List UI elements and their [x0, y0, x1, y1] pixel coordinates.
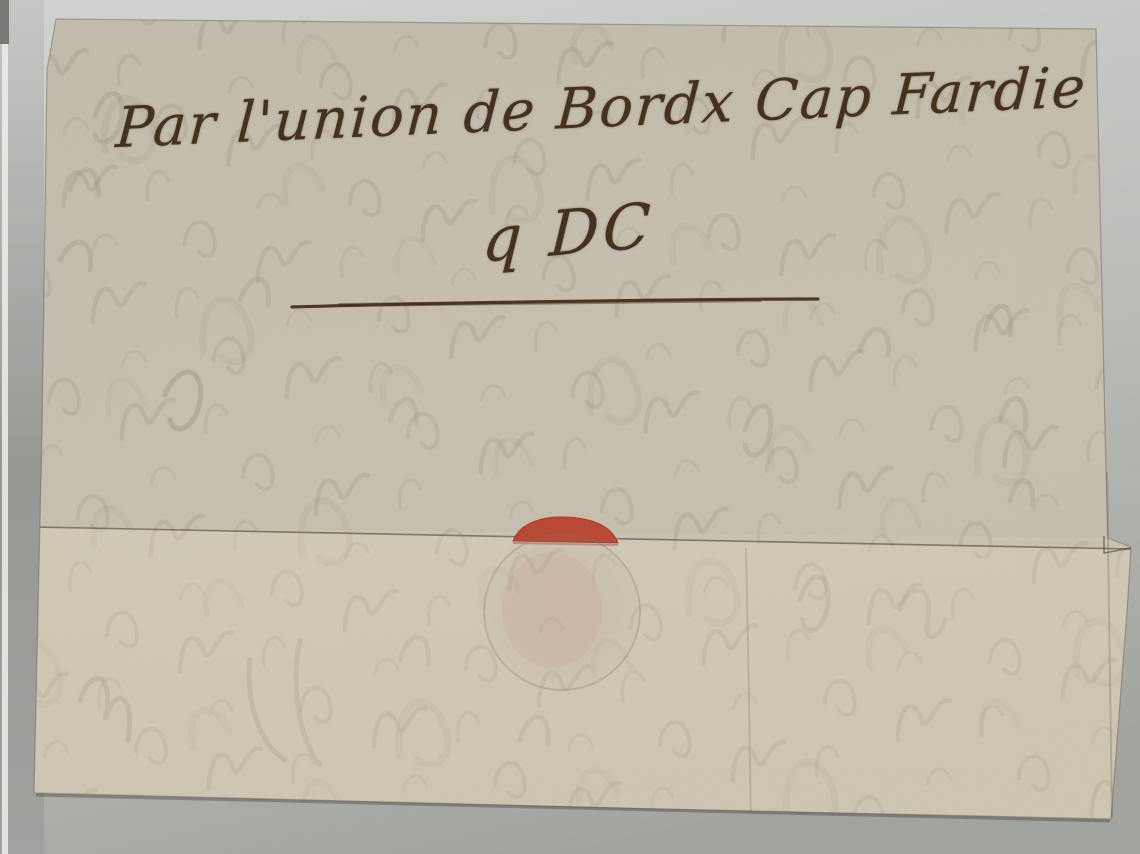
wax-seal-ghost-stain: [502, 552, 602, 668]
letter-photo: [0, 0, 1140, 854]
upper-half-tint: [34, 19, 1108, 538]
background-corner-shadow: [0, 0, 9, 44]
photo-stage: Par l'union de Bordx Cap Fardie q DC: [0, 0, 1140, 854]
background-edge-highlight: [2, 0, 8, 854]
